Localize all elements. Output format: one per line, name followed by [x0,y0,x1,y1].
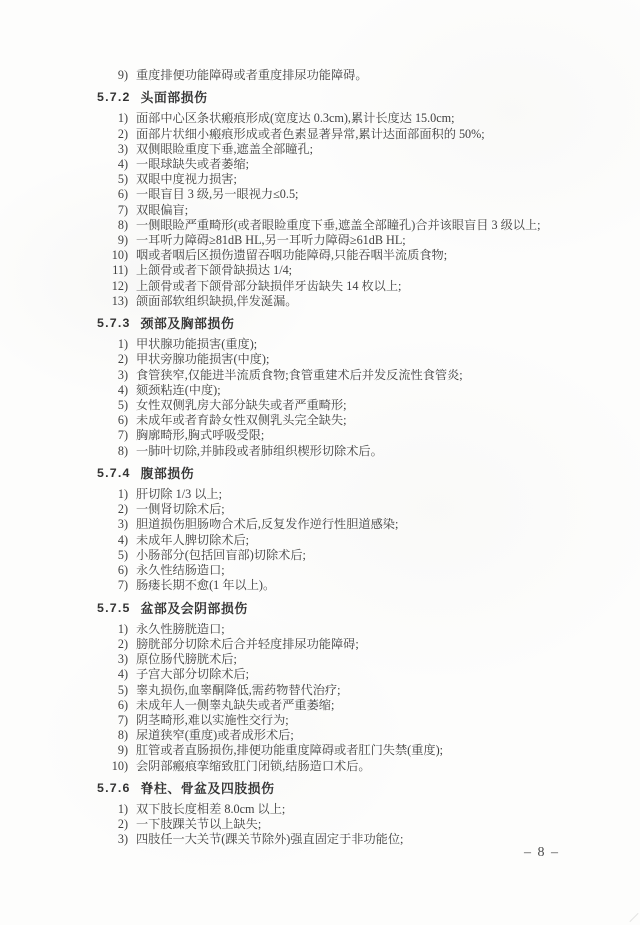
document-content: 9) 重度排便功能障碍或者重度排尿功能障碍。 5.7.2 头面部损伤 1) 面部… [0,68,640,848]
list-item-number: 2) [97,817,128,832]
list-item-number: 3) [97,832,128,847]
list-item: 4) 颏颈粘连(中度); [0,383,640,398]
document-section: 5.7.6 脊柱、骨盆及四肢损伤 1) 双下肢长度相差 8.0cm 以上; 2)… [0,781,640,848]
list-item: 7) 胸廓畸形,胸式呼吸受限; [0,428,640,443]
list-item-text: 一侧肾切除术后; [136,502,225,517]
list-item: 4) 一眼球缺失或者萎缩; [0,157,640,172]
list-item-text: 尿道狭窄(重度)或者成形术后; [136,728,294,743]
document-section: 5.7.4 腹部损伤 1) 肝切除 1/3 以上; 2) 一侧肾切除术后; 3)… [0,466,640,594]
list-item-text: 未成年或者育龄女性双侧乳头完全缺失; [136,413,347,428]
list-item-number: 9) [97,68,128,83]
list-item: 11) 上颌骨或者下颌骨缺损达 1/4; [0,263,640,278]
list-item: 2) 面部片状细小瘢痕形成或者色素显著异常,累计达面部面积的 50%; [0,127,640,142]
list-item: 7) 阴茎畸形,难以实施性交行为; [0,713,640,728]
list-item-text: 四肢任一大关节(踝关节除外)强直固定于非功能位; [136,832,403,847]
list-item-number: 6) [97,698,128,713]
list-item-number: 1) [97,487,128,502]
list-item-number: 1) [97,622,128,637]
list-item-text: 睾丸损伤,血睾酮降低,需药物替代治疗; [136,683,340,698]
list-item: 3) 双侧眼睑重度下垂,遮盖全部瞳孔; [0,142,640,157]
page-number: – 8 – [524,845,560,861]
list-item-number: 4) [97,667,128,682]
list-item-text: 肝切除 1/3 以上; [136,487,222,502]
list-item-number: 4) [97,383,128,398]
list-item-number: 4) [97,157,128,172]
list-item-text: 颌面部软组织缺损,伴发涎漏。 [136,294,297,309]
section-items: 1) 面部中心区条状瘢痕形成(宽度达 0.3cm),累计长度达 15.0cm; … [0,111,640,309]
list-item-text: 膀胱部分切除术后合并轻度排尿功能障碍; [136,637,359,652]
list-item-text: 一肺叶切除,并肺段或者肺组织楔形切除术后。 [136,444,383,459]
list-item: 3) 原位肠代膀胱术后; [0,652,640,667]
list-item-text: 永久性膀胱造口; [136,622,225,637]
list-item-text: 永久性结肠造口; [136,563,225,578]
section-title: 腹部损伤 [141,466,195,481]
list-item: 9) 一耳听力障碍≥81dB HL,另一耳听力障碍≥61dB HL; [0,233,640,248]
list-item-number: 7) [97,428,128,443]
list-item: 4) 子宫大部分切除术后; [0,667,640,682]
section-title: 颈部及胸部损伤 [141,316,235,331]
list-item-number: 7) [97,713,128,728]
section-title: 脊柱、骨盆及四肢损伤 [141,781,275,796]
list-item-number: 3) [97,517,128,532]
list-item-number: 2) [97,502,128,517]
list-item-text: 甲状腺功能损害(重度); [136,337,257,352]
list-item: 5) 女性双侧乳房大部分缺失或者严重畸形; [0,398,640,413]
list-item-number: 7) [97,578,128,593]
list-item-number: 3) [97,368,128,383]
section-title: 盆部及会阴部损伤 [141,601,248,616]
list-item: 3) 胆道损伤胆肠吻合术后,反复发作逆行性胆道感染; [0,517,640,532]
list-item: 2) 膀胱部分切除术后合并轻度排尿功能障碍; [0,637,640,652]
document-section: 5.7.5 盆部及会阴部损伤 1) 永久性膀胱造口; 2) 膀胱部分切除术后合并… [0,601,640,774]
list-item-number: 2) [97,352,128,367]
list-item: 1) 永久性膀胱造口; [0,622,640,637]
list-item-text: 上颌骨或者下颌骨部分缺损伴牙齿缺失 14 枚以上; [136,279,401,294]
list-item-number: 5) [97,172,128,187]
list-item-text: 胆道损伤胆肠吻合术后,反复发作逆行性胆道感染; [136,517,398,532]
section-heading: 5.7.4 腹部损伤 [0,466,640,481]
section-number: 5.7.6 [97,781,131,796]
list-item-number: 7) [97,203,128,218]
list-item: 2) 一下肢踝关节以上缺失; [0,817,640,832]
list-item-text: 肛管或者直肠损伤,排便功能重度障碍或者肛门失禁(重度); [136,743,443,758]
list-item: 7) 双眼偏盲; [0,203,640,218]
list-item: 8) 一肺叶切除,并肺段或者肺组织楔形切除术后。 [0,444,640,459]
list-item: 1) 双下肢长度相差 8.0cm 以上; [0,802,640,817]
list-item-text: 会阴部瘢痕挛缩致肛门闭锁,结肠造口术后。 [136,759,371,774]
section-items: 1) 肝切除 1/3 以上; 2) 一侧肾切除术后; 3) 胆道损伤胆肠吻合术后… [0,487,640,593]
list-item-text: 小肠部分(包括回盲部)切除术后; [136,548,306,563]
list-item: 9) 肛管或者直肠损伤,排便功能重度障碍或者肛门失禁(重度); [0,743,640,758]
list-item-number: 8) [97,728,128,743]
list-item: 3) 食管狭窄,仅能进半流质食物;食管重建术后并发反流性食管炎; [0,368,640,383]
list-item-text: 女性双侧乳房大部分缺失或者严重畸形; [136,398,347,413]
list-item-text: 未成年人脾切除术后; [136,533,249,548]
section-number: 5.7.3 [97,316,131,331]
section-heading: 5.7.3 颈部及胸部损伤 [0,316,640,331]
list-item-text: 双眼偏盲; [136,203,188,218]
list-item-text: 原位肠代膀胱术后; [136,652,237,667]
list-item: 4) 未成年人脾切除术后; [0,533,640,548]
section-items: 1) 双下肢长度相差 8.0cm 以上; 2) 一下肢踝关节以上缺失; 3) 四… [0,802,640,848]
list-item-number: 4) [97,533,128,548]
list-item-text: 咽或者咽后区损伤遗留吞咽功能障碍,只能吞咽半流质食物; [136,248,447,263]
list-item: 7) 肠瘘长期不愈(1 年以上)。 [0,578,640,593]
list-item-text: 子宫大部分切除术后; [136,667,249,682]
list-item: 8) 尿道狭窄(重度)或者成形术后; [0,728,640,743]
list-item-number: 13) [97,294,128,309]
document-page: 9) 重度排便功能障碍或者重度排尿功能障碍。 5.7.2 头面部损伤 1) 面部… [0,0,640,925]
list-item-text: 面部片状细小瘢痕形成或者色素显著异常,累计达面部面积的 50%; [136,127,485,142]
document-section: 5.7.3 颈部及胸部损伤 1) 甲状腺功能损害(重度); 2) 甲状旁腺功能损… [0,316,640,459]
scan-corner-artifact [629,913,638,922]
list-item-text: 食管狭窄,仅能进半流质食物;食管重建术后并发反流性食管炎; [136,368,463,383]
list-item: 13) 颌面部软组织缺损,伴发涎漏。 [0,294,640,309]
list-item: 6) 一眼盲目 3 级,另一眼视力≤0.5; [0,187,640,202]
list-item: 10) 咽或者咽后区损伤遗留吞咽功能障碍,只能吞咽半流质食物; [0,248,640,263]
list-item-text: 双下肢长度相差 8.0cm 以上; [136,802,285,817]
section-number: 5.7.5 [97,601,131,616]
list-item-number: 1) [97,111,128,126]
list-item-text: 肠瘘长期不愈(1 年以上)。 [136,578,275,593]
list-item-number: 3) [97,652,128,667]
list-item-number: 3) [97,142,128,157]
list-item: 1) 甲状腺功能损害(重度); [0,337,640,352]
list-item-number: 2) [97,637,128,652]
list-item-number: 5) [97,548,128,563]
list-item-text: 一耳听力障碍≥81dB HL,另一耳听力障碍≥61dB HL; [136,233,406,248]
list-item-number: 5) [97,683,128,698]
list-item: 12) 上颌骨或者下颌骨部分缺损伴牙齿缺失 14 枚以上; [0,279,640,294]
list-item-number: 2) [97,127,128,142]
list-item: 10) 会阴部瘢痕挛缩致肛门闭锁,结肠造口术后。 [0,759,640,774]
section-number: 5.7.2 [97,90,131,105]
list-item-text: 甲状旁腺功能损害(中度); [136,352,269,367]
section-heading: 5.7.5 盆部及会阴部损伤 [0,601,640,616]
section-title: 头面部损伤 [141,90,208,105]
list-item-text: 双侧眼睑重度下垂,遮盖全部瞳孔; [136,142,313,157]
list-item-number: 6) [97,563,128,578]
list-item-text: 一眼盲目 3 级,另一眼视力≤0.5; [136,187,298,202]
list-item: 1) 面部中心区条状瘢痕形成(宽度达 0.3cm),累计长度达 15.0cm; [0,111,640,126]
list-item: 6) 永久性结肠造口; [0,563,640,578]
list-item: 6) 未成年人一侧睾丸缺失或者严重萎缩; [0,698,640,713]
section-items: 1) 甲状腺功能损害(重度); 2) 甲状旁腺功能损害(中度); 3) 食管狭窄… [0,337,640,459]
list-item: 1) 肝切除 1/3 以上; [0,487,640,502]
list-item-text: 重度排便功能障碍或者重度排尿功能障碍。 [136,68,368,83]
list-item-number: 6) [97,187,128,202]
list-item-text: 面部中心区条状瘢痕形成(宽度达 0.3cm),累计长度达 15.0cm; [136,111,455,126]
list-item: 2) 一侧肾切除术后; [0,502,640,517]
list-item-number: 10) [97,248,128,263]
section-number: 5.7.4 [97,466,131,481]
list-item: 5) 双眼中度视力损害; [0,172,640,187]
sections-container: 5.7.2 头面部损伤 1) 面部中心区条状瘢痕形成(宽度达 0.3cm),累计… [0,90,640,847]
list-item-number: 6) [97,413,128,428]
list-item-number: 1) [97,802,128,817]
list-item-text: 未成年人一侧睾丸缺失或者严重萎缩; [136,698,334,713]
section-heading: 5.7.6 脊柱、骨盆及四肢损伤 [0,781,640,796]
list-item-text: 上颌骨或者下颌骨缺损达 1/4; [136,263,292,278]
list-item-number: 8) [97,218,128,233]
list-item-number: 1) [97,337,128,352]
list-item-number: 9) [97,743,128,758]
list-item-number: 9) [97,233,128,248]
list-item-number: 8) [97,444,128,459]
section-items: 1) 永久性膀胱造口; 2) 膀胱部分切除术后合并轻度排尿功能障碍; 3) 原位… [0,622,640,774]
list-item-text: 一下肢踝关节以上缺失; [136,817,261,832]
section-heading: 5.7.2 头面部损伤 [0,90,640,105]
list-item-text: 颏颈粘连(中度); [136,383,221,398]
list-item: 5) 睾丸损伤,血睾酮降低,需药物替代治疗; [0,683,640,698]
list-item-text: 阴茎畸形,难以实施性交行为; [136,713,289,728]
list-item: 8) 一侧眼睑严重畸形(或者眼睑重度下垂,遮盖全部瞳孔)合并该眼盲目 3 级以上… [0,218,640,233]
list-item-text: 一眼球缺失或者萎缩; [136,157,249,172]
list-item-number: 12) [97,279,128,294]
list-item: 6) 未成年或者育龄女性双侧乳头完全缺失; [0,413,640,428]
list-item-number: 11) [97,263,128,278]
list-item-orphan: 9) 重度排便功能障碍或者重度排尿功能障碍。 [0,68,640,83]
list-item-number: 10) [97,759,128,774]
list-item-text: 胸廓畸形,胸式呼吸受限; [136,428,264,443]
list-item: 2) 甲状旁腺功能损害(中度); [0,352,640,367]
document-section: 5.7.2 头面部损伤 1) 面部中心区条状瘢痕形成(宽度达 0.3cm),累计… [0,90,640,309]
list-item-text: 一侧眼睑严重畸形(或者眼睑重度下垂,遮盖全部瞳孔)合并该眼盲目 3 级以上; [136,218,541,233]
list-item-number: 5) [97,398,128,413]
list-item-text: 双眼中度视力损害; [136,172,237,187]
list-item: 5) 小肠部分(包括回盲部)切除术后; [0,548,640,563]
